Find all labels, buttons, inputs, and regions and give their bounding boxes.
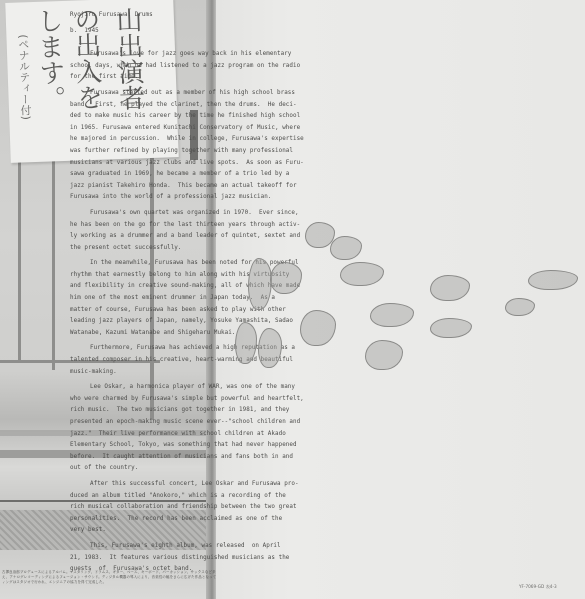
bio-line: Lee Oskar, a harmonica player of WAR, wa…	[70, 382, 370, 394]
bio-line: rich music. The two musicians got togeth…	[70, 405, 370, 417]
bio-line: who were charmed by Furusawa's simple bu…	[70, 394, 370, 406]
bio-line: personalities. The record has been accla…	[70, 514, 370, 526]
bio-line: Furusawa started out as a member of his …	[70, 88, 370, 100]
bio-line: Elementary School, Tokyo, was something …	[70, 440, 370, 452]
bio-line: Furusawa's own quartet was organized in …	[70, 208, 370, 220]
bio-line: Furthermore, Furusawa has achieved a hig…	[70, 343, 370, 355]
bio-line: guests of Furusawa's octet band.	[70, 564, 370, 576]
bio-line: Furusawa into the world of a professiona…	[70, 192, 370, 204]
bio-line: ded to make music his career by the time…	[70, 111, 370, 123]
bio-line: Furusawa's love for jazz goes way back i…	[70, 49, 370, 61]
bio-line: and flexibility in creative sound-making…	[70, 281, 370, 293]
bio-line: jazz." Their live performance with schoo…	[70, 429, 370, 441]
bio-line: talented composer in his creative, heart…	[70, 355, 370, 367]
bio-line: he majored in percussion. While in colle…	[70, 134, 370, 146]
bio-line: In the meanwhile, Furusawa has been note…	[70, 258, 370, 270]
bio-line: for the first time.	[70, 72, 370, 84]
bio-line: 21, 1983. It features various distinguis…	[70, 553, 370, 565]
bio-line: was further refined by playing together …	[70, 146, 370, 158]
bio-line: After this successful concert, Lee Oskar…	[70, 479, 370, 491]
bio-line: musicians at various jazz clubs and live…	[70, 158, 370, 170]
bio-line: jazz pianist Takehiro Honda. This became…	[70, 181, 370, 193]
bio-line: him one of the most eminent drummer in J…	[70, 293, 370, 305]
bio-line: music-making.	[70, 367, 370, 379]
bio-line: presented an epoch-making music scene ev…	[70, 417, 370, 429]
door-frame-line	[18, 160, 21, 360]
bio-line: before. It caught attention of musicians…	[70, 452, 370, 464]
catalog-number: YF-7069-GD 表4-3	[519, 584, 557, 590]
door-frame-line	[52, 160, 55, 370]
sign-text-column: します。	[31, 7, 67, 112]
sign-note: (ペナルティー付)	[14, 34, 33, 120]
bio-birth-year: b. 1945	[70, 26, 370, 38]
bio-line: in 1965. Furusawa entered Kunitachi Cons…	[70, 123, 370, 135]
bio-line: band. First, he played the clarinet, the…	[70, 100, 370, 112]
bio-line: rhythm that earnestly belong to him alon…	[70, 270, 370, 282]
bio-line: out of the country.	[70, 463, 370, 475]
bio-line: This, Furusawa's eighth album, was relea…	[70, 541, 370, 553]
bio-line: rich musical collaboration and friendshi…	[70, 502, 370, 514]
bio-line: school days, when he had listened to a j…	[70, 61, 370, 73]
bio-line: duced an album titled "Anokoro," which i…	[70, 491, 370, 503]
bio-line: sawa graduated in 1969, he became a memb…	[70, 169, 370, 181]
bio-line: very best.	[70, 525, 370, 537]
bio-heading: Ryojiro Furusawa: Drums	[70, 10, 370, 22]
biography-text: Ryojiro Furusawa: Drums b. 1945 Furusawa…	[70, 10, 370, 576]
